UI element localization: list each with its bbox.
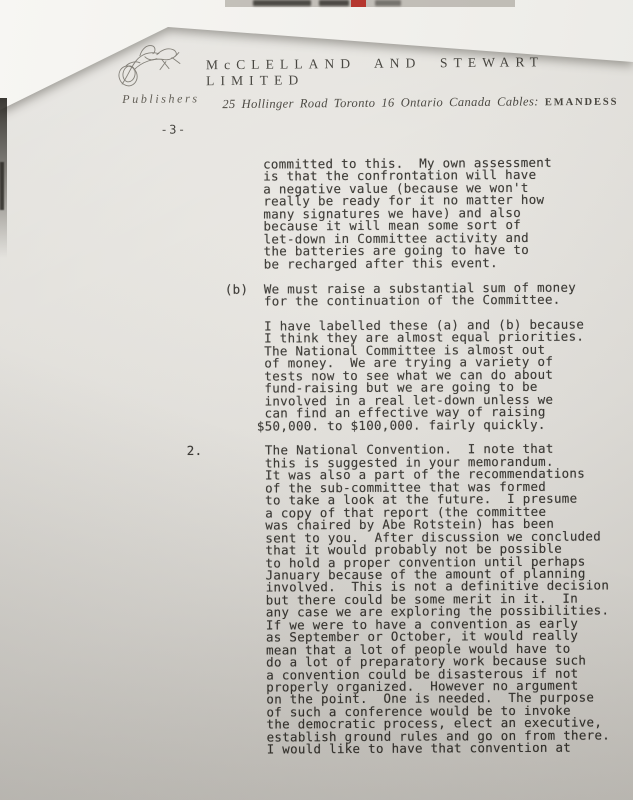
red-logo-block bbox=[351, 0, 366, 7]
background-text-smudge bbox=[375, 0, 401, 6]
letter-body-text: committed to this. My own assessment is … bbox=[185, 156, 610, 756]
background-document-sliver bbox=[225, 0, 515, 7]
overlapping-sheet bbox=[0, 0, 633, 140]
background-text-smudge bbox=[253, 0, 311, 6]
photo-of-letter: McCLELLAND AND STEWART LIMITED Publisher… bbox=[0, 0, 633, 800]
overlapping-sheet-surface bbox=[0, 0, 633, 140]
table-edge-dark-mark bbox=[0, 162, 4, 210]
background-text-smudge bbox=[319, 0, 349, 6]
